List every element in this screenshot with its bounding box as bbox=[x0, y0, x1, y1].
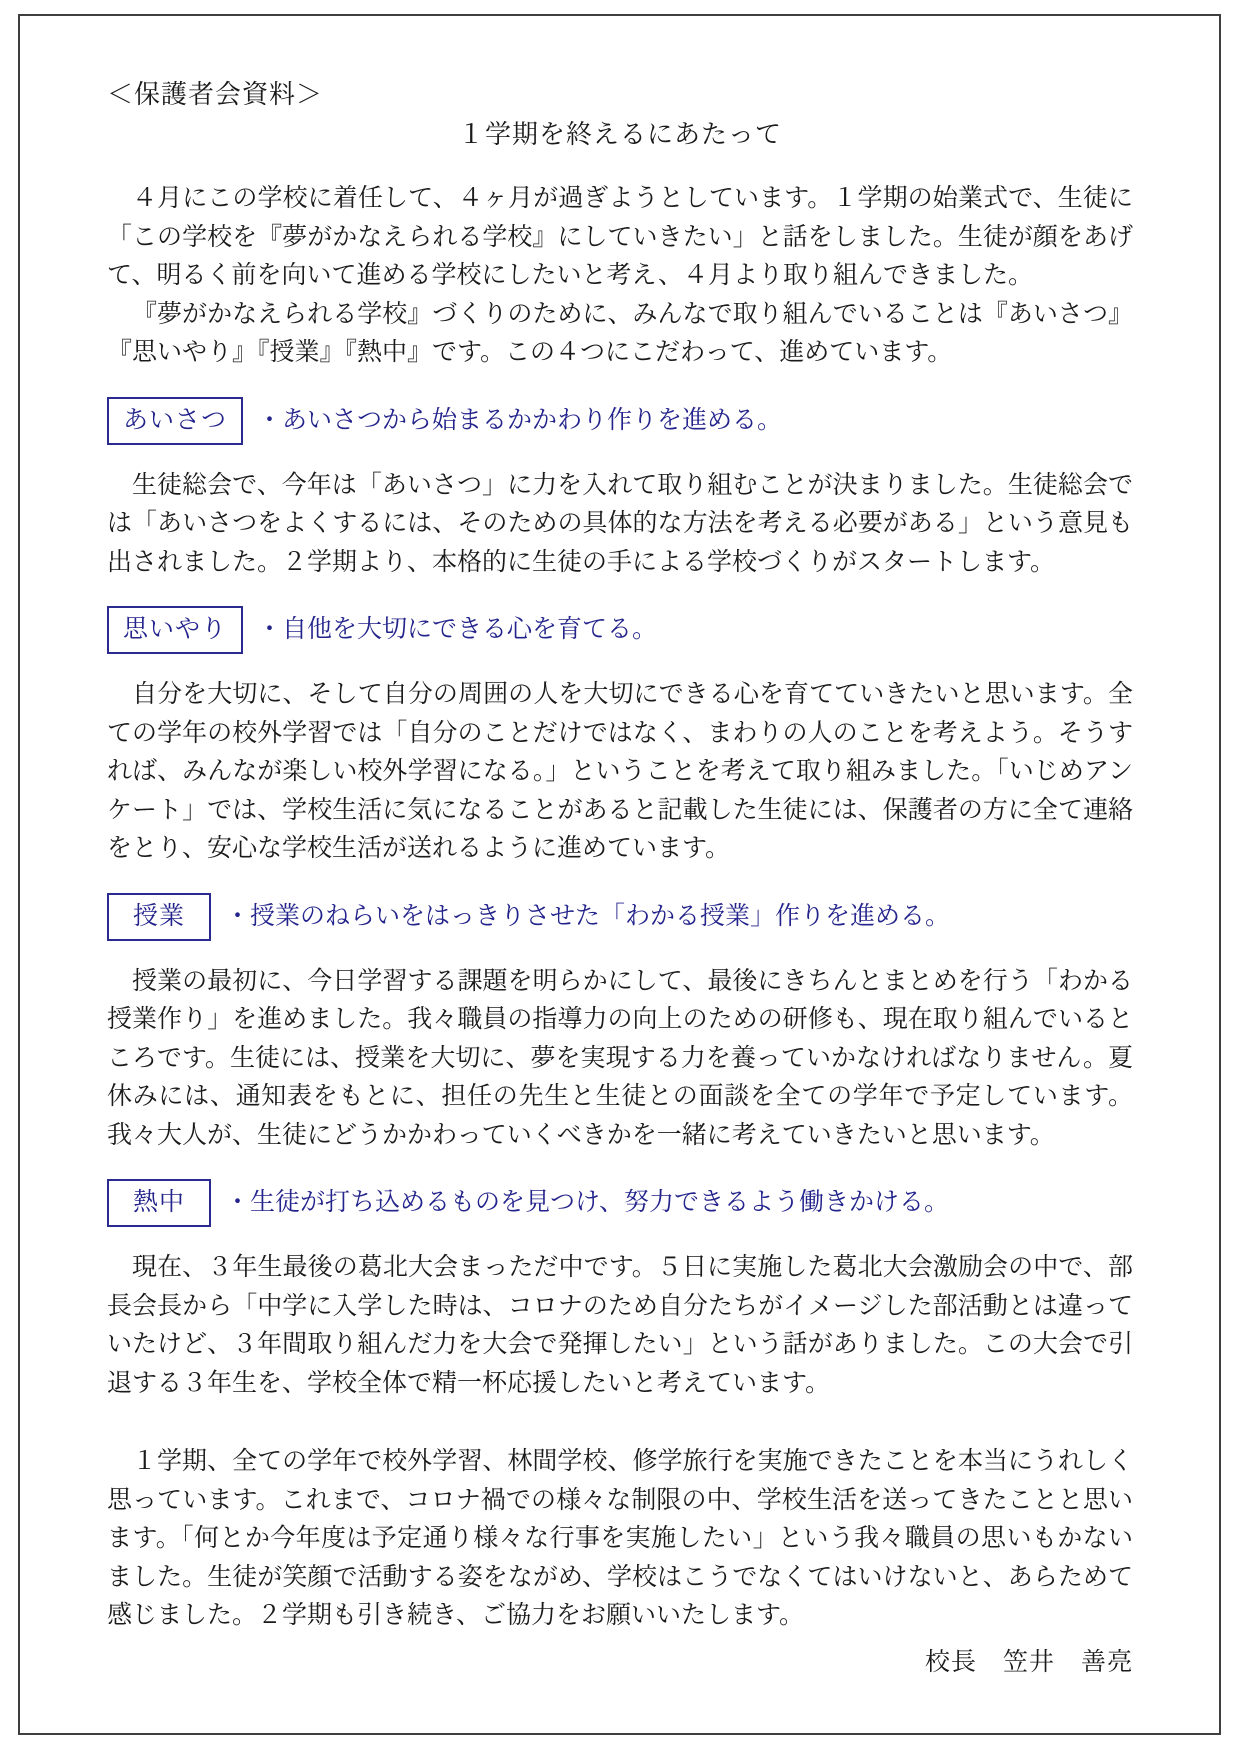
intro-block: ４月にこの学校に着任して、４ヶ月が過ぎようとしています。１学期の始業式で、生徒に… bbox=[107, 180, 1133, 373]
section-greeting: あいさつ ・あいさつから始まるかかわり作りを進める。 生徒総会で、今年は「あいさ… bbox=[107, 397, 1133, 583]
section-compassion-header: 思いやり ・自他を大切にできる心を育てる。 bbox=[107, 606, 1133, 654]
section-enthusiasm-header: 熱中 ・生徒が打ち込めるものを見つけ、努力できるよう働きかける。 bbox=[107, 1179, 1133, 1227]
section-lessons-tagline: ・授業のねらいをはっきりさせた「わかる授業」作りを進める。 bbox=[225, 901, 950, 933]
intro-paragraph-2: 『夢がかなえられる学校』づくりのために、みんなで取り組んでいることは『あいさつ』… bbox=[107, 296, 1133, 373]
intro-paragraph-1: ４月にこの学校に着任して、４ヶ月が過ぎようとしています。１学期の始業式で、生徒に… bbox=[107, 180, 1133, 296]
section-enthusiasm-box-label: 熱中 bbox=[107, 1179, 211, 1227]
section-lessons-box-label: 授業 bbox=[107, 893, 211, 941]
section-compassion-tagline: ・自他を大切にできる心を育てる。 bbox=[257, 614, 657, 646]
page-title: １学期を終えるにあたって bbox=[107, 116, 1133, 154]
document-page: { "page": { "doc_label": "＜保護者会資料＞", "ti… bbox=[0, 0, 1241, 1754]
section-lessons-body: 授業の最初に、今日学習する課題を明らかにして、最後にきちんとまとめを行う「わかる… bbox=[107, 963, 1133, 1156]
section-compassion-body: 自分を大切に、そして自分の周囲の人を大切にできる心を育てていきたいと思います。全… bbox=[107, 676, 1133, 869]
signature-principal: 校長 笠井 善亮 bbox=[107, 1644, 1133, 1682]
section-enthusiasm: 熱中 ・生徒が打ち込めるものを見つけ、努力できるよう働きかける。 現在、３年生最… bbox=[107, 1179, 1133, 1403]
page-content: ＜保護者会資料＞ １学期を終えるにあたって ４月にこの学校に着任して、４ヶ月が過… bbox=[20, 16, 1219, 1682]
section-greeting-box-label: あいさつ bbox=[107, 397, 243, 445]
section-enthusiasm-tagline: ・生徒が打ち込めるものを見つけ、努力できるよう働きかける。 bbox=[225, 1187, 949, 1219]
section-greeting-body: 生徒総会で、今年は「あいさつ」に力を入れて取り組むことが決まりました。生徒総会で… bbox=[107, 467, 1133, 583]
section-greeting-tagline: ・あいさつから始まるかかわり作りを進める。 bbox=[257, 405, 782, 437]
page-border-frame: ＜保護者会資料＞ １学期を終えるにあたって ４月にこの学校に着任して、４ヶ月が過… bbox=[18, 14, 1221, 1735]
section-compassion: 思いやり ・自他を大切にできる心を育てる。 自分を大切に、そして自分の周囲の人を… bbox=[107, 606, 1133, 869]
section-lessons: 授業 ・授業のねらいをはっきりさせた「わかる授業」作りを進める。 授業の最初に、… bbox=[107, 893, 1133, 1156]
doc-label: ＜保護者会資料＞ bbox=[107, 76, 1133, 114]
closing-paragraph: １学期、全ての学年で校外学習、林間学校、修学旅行を実施できたことを本当にうれしく… bbox=[107, 1443, 1133, 1636]
section-compassion-box-label: 思いやり bbox=[107, 606, 243, 654]
section-lessons-header: 授業 ・授業のねらいをはっきりさせた「わかる授業」作りを進める。 bbox=[107, 893, 1133, 941]
section-enthusiasm-body: 現在、３年生最後の葛北大会まっただ中です。５日に実施した葛北大会激励会の中で、部… bbox=[107, 1249, 1133, 1403]
section-greeting-header: あいさつ ・あいさつから始まるかかわり作りを進める。 bbox=[107, 397, 1133, 445]
